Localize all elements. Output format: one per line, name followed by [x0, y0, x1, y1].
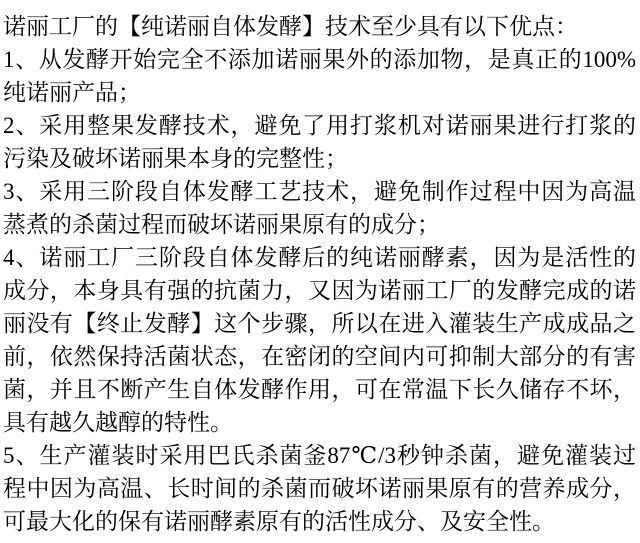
- text-line: 诺丽工厂的【纯诺丽自体发酵】技术至少具有以下优点：: [3, 10, 636, 43]
- paragraph-point-4: 4、诺丽工厂三阶段自体发酵后的纯诺丽酵素，因为是活性的成分，本身具有强的抗菌力，…: [3, 241, 636, 439]
- text-line: 5、生产灌装时采用巴氏杀菌釜87℃/3秒钟杀菌，避免灌装过: [3, 439, 636, 472]
- text-line: 程中因为高温、长时间的杀菌而破坏诺丽果原有的营养成分，: [3, 472, 636, 505]
- text-line: 纯诺丽产品；: [3, 76, 636, 109]
- text-line: 4、诺丽工厂三阶段自体发酵后的纯诺丽酵素，因为是活性的: [3, 241, 636, 274]
- text-line: 蒸煮的杀菌过程而破坏诺丽果原有的成分；: [3, 208, 636, 241]
- text-line: 成分，本身具有强的抗菌力，又因为诺丽工厂的发酵完成的诺: [3, 274, 636, 307]
- paragraph-point-3: 3、采用三阶段自体发酵工艺技术，避免制作过程中因为高温蒸煮的杀菌过程而破坏诺丽果…: [3, 175, 636, 241]
- text-line: 1、从发酵开始完全不添加诺丽果外的添加物，是真正的100%: [3, 43, 636, 76]
- text-line: 菌，并且不断产生自体发酵作用，可在常温下长久储存不坏，: [3, 373, 636, 406]
- text-line: 具有越久越醇的特性。: [3, 406, 636, 439]
- document-body: 诺丽工厂的【纯诺丽自体发酵】技术至少具有以下优点：1、从发酵开始完全不添加诺丽果…: [0, 0, 640, 543]
- paragraph-point-5: 5、生产灌装时采用巴氏杀菌釜87℃/3秒钟杀菌，避免灌装过程中因为高温、长时间的…: [3, 439, 636, 538]
- text-line: 污染及破坏诺丽果本身的完整性；: [3, 142, 636, 175]
- paragraph-point-2: 2、采用整果发酵技术，避免了用打浆机对诺丽果进行打浆的污染及破坏诺丽果本身的完整…: [3, 109, 636, 175]
- text-line: 可最大化的保有诺丽酵素原有的活性成分、及安全性。: [3, 505, 636, 538]
- text-line: 2、采用整果发酵技术，避免了用打浆机对诺丽果进行打浆的: [3, 109, 636, 142]
- text-line: 前，依然保持活菌状态，在密闭的空间内可抑制大部分的有害: [3, 340, 636, 373]
- text-line: 丽没有【终止发酵】这个步骤，所以在进入灌装生产成成品之: [3, 307, 636, 340]
- text-line: 3、采用三阶段自体发酵工艺技术，避免制作过程中因为高温: [3, 175, 636, 208]
- paragraph-intro: 诺丽工厂的【纯诺丽自体发酵】技术至少具有以下优点：: [3, 10, 636, 43]
- paragraph-point-1: 1、从发酵开始完全不添加诺丽果外的添加物，是真正的100%纯诺丽产品；: [3, 43, 636, 109]
